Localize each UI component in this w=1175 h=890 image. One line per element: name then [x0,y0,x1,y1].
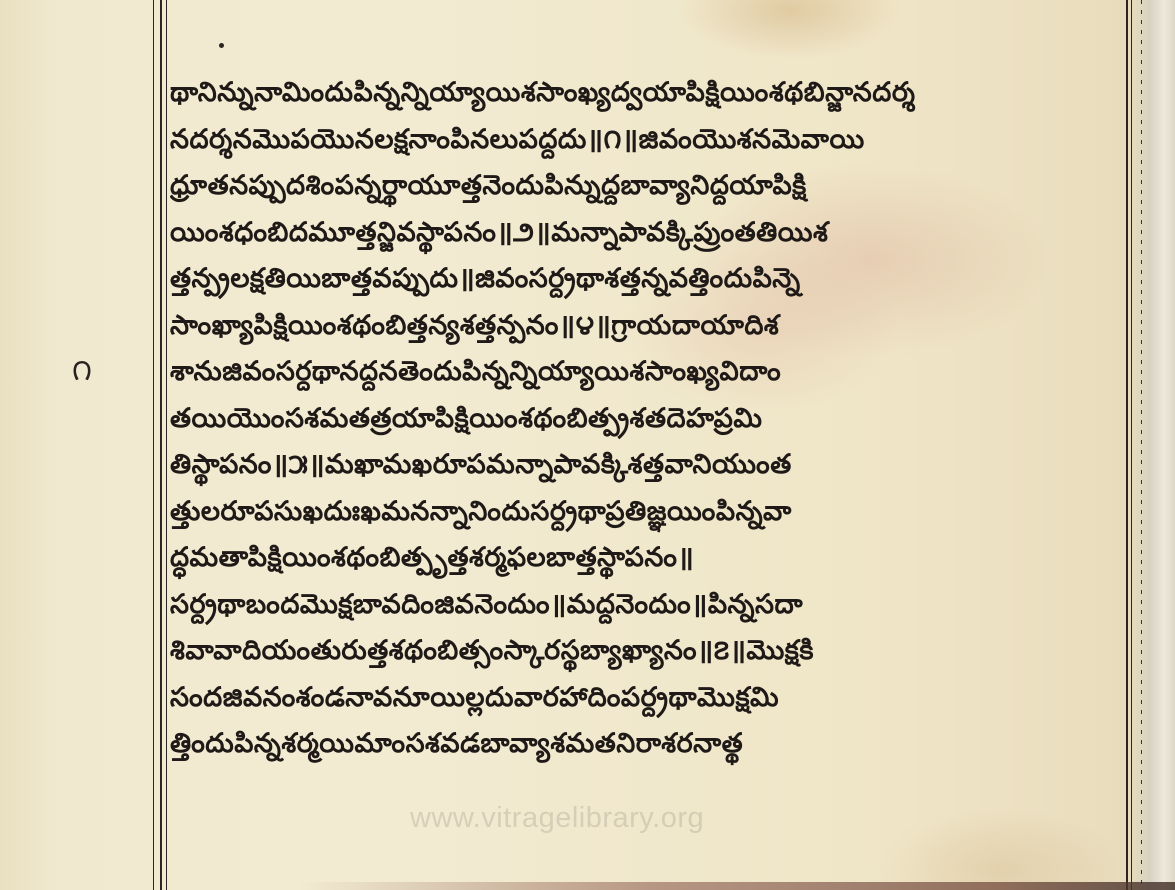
manuscript-line: తిస్థాపనం॥౫॥మఖామఖరూపమన్నాపావక్కిశత్తవాని… [170,442,1145,489]
manuscript-text-block: థానిన్నునామిందుపిన్నన్నియ్యాయిశసాంఖ్యద్వ… [170,70,1145,768]
manuscript-page: ౧ థానిన్నునామిందుపిన్నన్నియ్యాయిశసాంఖ్యద… [0,0,1175,890]
page-fold-edge [1148,0,1175,890]
manuscript-line: శివావాదియంతురుత్తశథంబిత్సంస్కారస్థబ్యాఖ్… [170,628,1145,675]
manuscript-line: త్తిందుపిన్నశర్మయిమాంసశవడబావ్యాశమతనిరాశర… [170,721,1145,768]
manuscript-line: ధ్రూతనప్పుదశింపన్నర్థాయూత్తనెందుపిన్నుద్… [170,163,1145,210]
manuscript-line: త్తులరూపసుఖదుఃఖమనన్నానిందుసర్ద్రథాప్రతిజ… [170,489,1145,536]
left-margin-rule-middle [160,0,162,890]
manuscript-line: సర్ద్రథాబందమొక్షబావదింజివనెందుం॥మద్దనెంద… [170,582,1145,629]
left-margin-rule-outer [153,0,154,890]
manuscript-line: యింశధంబిదమూత్తన్జివస్థాపనం॥౨॥మన్నాపావక్క… [170,210,1145,257]
folio-number: ౧ [72,356,92,386]
manuscript-line: త్తన్ప్రలక్షతియిబాత్తవప్పుదు॥జివంసర్ద్రథ… [170,256,1145,303]
watermark: www.vitragelibrary.org [410,802,704,835]
manuscript-line: నదర్శనమొపయొనలక్షనాంపినలుపద్దదు॥౧॥జివంయొశ… [170,117,1145,164]
manuscript-line: థానిన్నునామిందుపిన్నన్నియ్యాయిశసాంఖ్యద్వ… [170,70,1145,117]
manuscript-line: సందజివనంశండనావనూయిల్లదువారహాదింపర్ద్రథామ… [170,675,1145,722]
manuscript-line: తయియొంసశమతత్రయాపిక్షియింశథంబిత్ప్రశతదెహప… [170,396,1145,443]
ink-dot [219,43,224,48]
page-bottom-edge [300,882,1175,890]
manuscript-line: శానుజివంసర్దథానద్దనతెందుపిన్నన్నియ్యాయిశ… [170,349,1145,396]
left-margin-rule-inner [166,0,167,890]
manuscript-line: ద్ధమతాపిక్షియింశథంబిత్పృత్తశర్మఫలబాత్తస్… [170,535,1145,582]
manuscript-line: సాంఖ్యాపిక్షియింశథంబిత్తన్యశత్తన్పనం॥౪॥గ… [170,303,1145,350]
